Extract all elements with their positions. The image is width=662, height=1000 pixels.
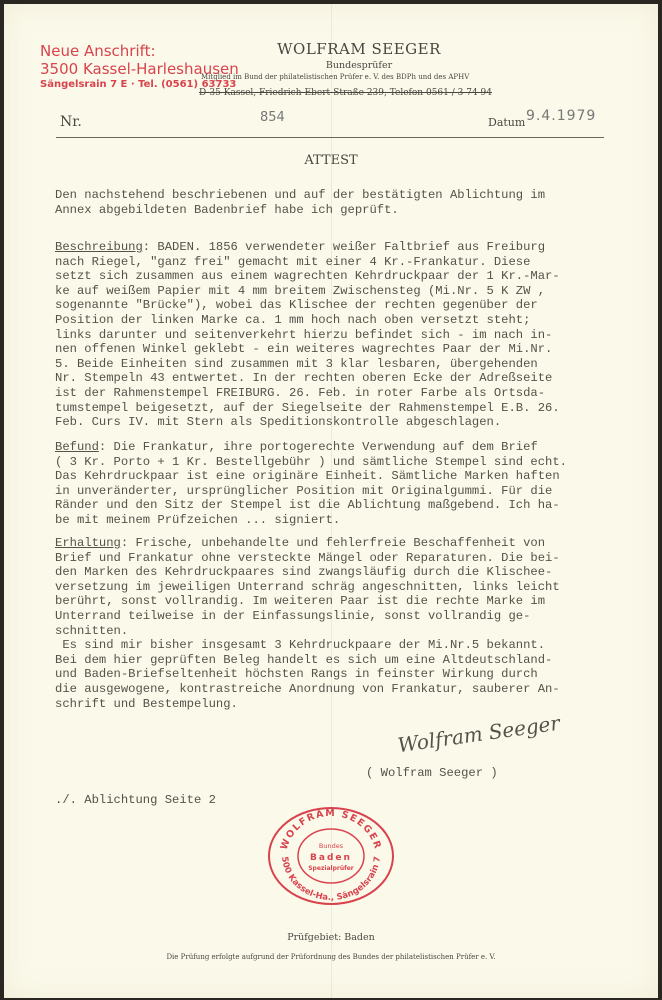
examiner-name: WOLFRAM SEEGER: [244, 40, 474, 58]
header-rule: [56, 137, 604, 138]
examiner-seal-icon: WOLFRAM SEEGER 3500 Kassel-Ha., Sängelsr…: [266, 806, 396, 906]
section-findings: Befund: Die Frankatur, ihre portogerecht…: [55, 440, 615, 528]
attest-page: Neue Anschrift: 3500 Kassel-Harleshausen…: [4, 4, 658, 998]
number-label: Nr.: [60, 114, 82, 130]
section-description: Beschreibung: BADEN. 1856 verwendeter we…: [55, 240, 615, 430]
new-address-stamp: Neue Anschrift: 3500 Kassel-Harleshausen…: [40, 42, 239, 92]
section-text: : Die Frankatur, ihre portogerechte Verw…: [55, 440, 567, 527]
new-address-label: Neue Anschrift:: [40, 42, 239, 60]
old-address: D-35 Kassel, Friedrich-Ebert-Straße 239,…: [199, 88, 492, 98]
section-text: : BADEN. 1856 verwendeter weißer Faltbri…: [55, 240, 560, 429]
enclosure-note: ./. Ablichtung Seite 2: [55, 793, 216, 807]
handwritten-signature: Wolfram Seeger: [396, 711, 561, 758]
date-label: Datum: [488, 116, 525, 129]
number-value: 854: [260, 110, 285, 125]
svg-text:Bundes: Bundes: [319, 842, 344, 850]
svg-text:Spezialprüfer: Spezialprüfer: [308, 865, 354, 872]
intro-paragraph: Den nachstehend beschriebenen und auf de…: [55, 188, 615, 217]
section-text: : Frische, unbehandelte und fehlerfreie …: [55, 536, 560, 711]
section-label: Befund: [55, 440, 99, 454]
examination-area: Prüfgebiet: Baden: [4, 932, 658, 943]
letterhead: WOLFRAM SEEGER Bundesprüfer: [244, 40, 474, 71]
document-heading: ATTEST: [4, 153, 658, 168]
footer-note: Die Prüfung erfolgte aufgrund der Prüfor…: [4, 953, 658, 961]
date-value: 9.4.1979: [526, 108, 596, 124]
section-label: Erhaltung: [55, 536, 121, 550]
membership-line: Mitglied im Bund der philatelistischen P…: [201, 73, 469, 81]
examiner-title: Bundesprüfer: [244, 60, 474, 71]
section-condition: Erhaltung: Frische, unbehandelte und feh…: [55, 536, 615, 711]
typed-signature: ( Wolfram Seeger ): [366, 766, 498, 780]
section-label: Beschreibung: [55, 240, 143, 254]
svg-text:Baden: Baden: [310, 853, 352, 863]
